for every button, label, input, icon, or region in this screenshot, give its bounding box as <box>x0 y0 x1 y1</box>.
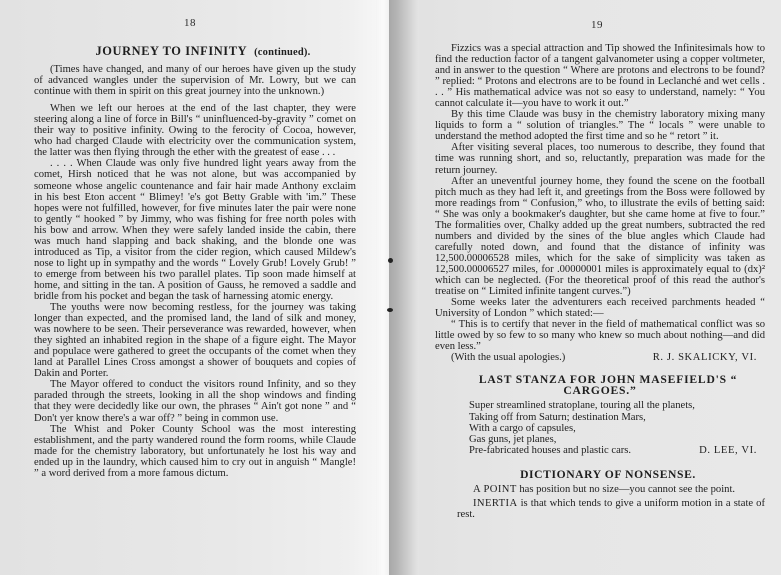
poem: Super streamlined stratoplane, touring a… <box>435 400 765 455</box>
paragraph: Some weeks later the adventurers each re… <box>435 297 765 319</box>
paragraph: The youths were now becoming restless, f… <box>34 302 356 379</box>
paragraph: By this time Claude was busy in the chem… <box>435 109 765 142</box>
page-number-left: 18 <box>184 17 196 29</box>
right-page: 19 Fizzics was a special attraction and … <box>419 0 781 575</box>
signoff: (With the usual apologies.) R. J. SKALIC… <box>435 352 765 363</box>
gutter-highlight <box>376 0 390 575</box>
paragraph: Fizzics was a special attraction and Tip… <box>435 43 765 109</box>
page-number-right: 19 <box>591 19 603 31</box>
poem-last-line: Pre-fabricated houses and plastic cars. … <box>469 445 765 456</box>
gutter-shadow <box>389 0 419 575</box>
poem-line: With a cargo of capsules, <box>469 423 765 434</box>
paragraph: (Times have changed, and many of our her… <box>34 64 356 97</box>
article-title-text: JOURNEY TO INFINITY <box>96 44 247 58</box>
paragraph: “ This is to certify that never in the f… <box>435 319 765 352</box>
article-title: JOURNEY TO INFINITY (continued). <box>34 46 356 58</box>
dictionary-definition: has position but no size—you cannot see … <box>517 484 735 495</box>
paragraph: . . . . When Claude was only five hundre… <box>34 158 356 302</box>
left-page: 18 JOURNEY TO INFINITY (continued). (Tim… <box>0 0 378 575</box>
left-page-body: JOURNEY TO INFINITY (continued). (Times … <box>34 46 356 479</box>
dictionary-term: INERTIA <box>473 498 518 509</box>
binding-staple-mark <box>387 308 393 312</box>
dictionary-entry: INERTIA is that which tends to give a un… <box>435 498 765 520</box>
poem-line: Gas guns, jet planes, <box>469 434 765 445</box>
poem-line: Pre-fabricated houses and plastic cars. <box>469 445 631 456</box>
paragraph: The Whist and Poker County School was th… <box>34 424 356 479</box>
poem-author: D. LEE, VI. <box>699 445 757 456</box>
signoff-author: R. J. SKALICKY, VI. <box>653 352 757 363</box>
poem-line: Super streamlined stratoplane, touring a… <box>469 400 765 411</box>
signoff-note: (With the usual apologies.) <box>451 352 565 363</box>
paragraph: After an uneventful journey home, they f… <box>435 176 765 298</box>
poem-title: LAST STANZA FOR JOHN MASEFIELD'S “ CARGO… <box>435 374 765 396</box>
binding-staple-mark <box>388 258 393 263</box>
poem-line: Taking off from Saturn; destination Mars… <box>469 412 765 423</box>
dictionary-entry: A POINT has position but no size—you can… <box>435 484 765 495</box>
dictionary-title: DICTIONARY OF NONSENSE. <box>435 469 765 480</box>
article-title-suffix: (continued). <box>254 47 310 58</box>
dictionary-term: A POINT <box>473 484 517 495</box>
right-page-body: Fizzics was a special attraction and Tip… <box>435 43 765 520</box>
paragraph: The Mayor offered to conduct the visitor… <box>34 379 356 423</box>
paragraph: When we left our heroes at the end of th… <box>34 103 356 158</box>
paragraph: After visiting several places, too numer… <box>435 142 765 175</box>
